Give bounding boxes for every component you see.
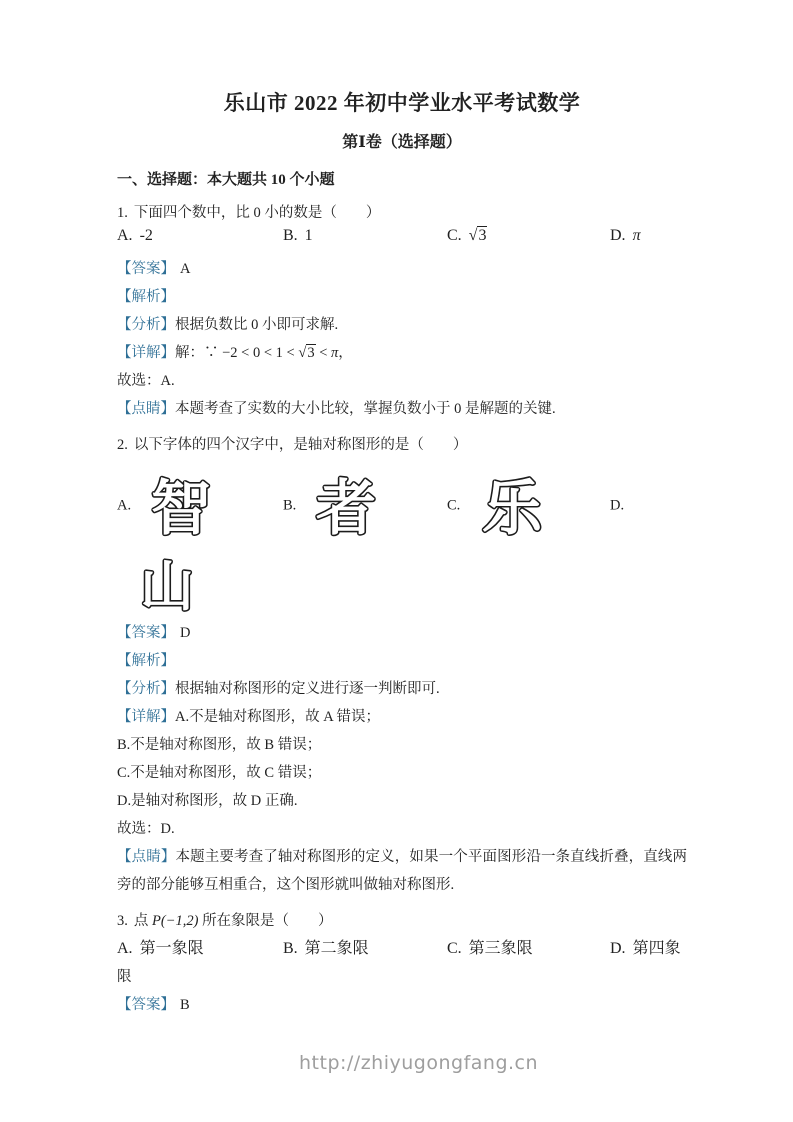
detail-tag: 【详解】 <box>117 709 175 725</box>
answer-tag: 【答案】 <box>117 997 175 1013</box>
q3-option-d-label: D. <box>610 940 626 957</box>
q2-note-line: 【点睛】本题主要考查了轴对称图形的定义，如果一个平面图形沿一条直线折叠，直线两旁… <box>117 843 687 899</box>
q2-option-d-label: D. <box>610 498 624 515</box>
q2-detail-line-a: 【详解】A.不是轴对称图形，故 A 错误； <box>117 703 687 731</box>
q2-answer-line: 【答案】D <box>117 619 687 647</box>
q2-analysis-text: 根据轴对称图形的定义进行逐一判断即可. <box>175 681 440 697</box>
document-content: 乐山市 2022 年初中学业水平考试数学 第Ⅰ卷（选择题） 一、选择题：本大题共… <box>0 0 793 1019</box>
q2-detail-line-c: C.不是轴对称图形，故 C 错误； <box>117 759 687 787</box>
q3-option-b-label: B. <box>283 940 298 957</box>
q3-point-coordinates: P(−1,2) <box>152 913 198 929</box>
q1-number: 1. <box>117 205 128 221</box>
q2-option-a-label: A. <box>117 498 131 515</box>
q2-number: 2. <box>117 437 128 453</box>
q2-option-b-label: B. <box>283 498 296 515</box>
bubble-character-le: 乐 <box>476 465 548 547</box>
answer-tag: 【答案】 <box>117 261 175 277</box>
q2-option-d-image-row: 山 <box>117 549 687 619</box>
q3-option-c: C.第三象限 <box>447 935 533 958</box>
q1-stem: 1.下面四个数中，比 0 小的数是（ ） <box>117 199 687 227</box>
q2-analysis-line: 【分析】根据轴对称图形的定义进行逐一判断即可. <box>117 675 687 703</box>
q3-stem-pre: 点 <box>134 913 152 929</box>
q2-detail-line-d: D.是轴对称图形，故 D 正确. <box>117 787 687 815</box>
page-title: 乐山市 2022 年初中学业水平考试数学 <box>117 90 687 116</box>
q1-option-a-label: A. <box>117 227 133 244</box>
q2-note-text: 本题主要考查了轴对称图形的定义，如果一个平面图形沿一条直线折叠，直线两旁的部分能… <box>117 849 687 893</box>
q3-option-a-label: A. <box>117 940 133 957</box>
q1-analysis-line: 【分析】根据负数比 0 小即可求解. <box>117 311 687 339</box>
q1-option-a-text: -2 <box>140 227 153 244</box>
q1-option-a: A.-2 <box>117 227 153 245</box>
q1-detail-line: 【详解】解：∵ −2 < 0 < 1 < √3 < π， <box>117 339 687 367</box>
svg-text:乐: 乐 <box>482 474 543 544</box>
q2-stem-text: 以下字体的四个汉字中，是轴对称图形的是（ ） <box>134 437 468 453</box>
svg-text:智: 智 <box>151 474 211 544</box>
watermark-url: http://zhiyugongfang.cn <box>299 1052 538 1074</box>
q1-detail-expr: ∵ −2 < 0 < 1 < <box>204 345 298 361</box>
bubble-character-zhe: 者 <box>310 465 382 547</box>
q3-stem: 3.点 P(−1,2) 所在象限是（ ） <box>117 907 687 935</box>
q1-option-b-text: 1 <box>305 227 313 244</box>
q1-detail-tail: ， <box>338 345 353 361</box>
q1-answer-value: A <box>180 261 190 277</box>
q2-option-c-label: C. <box>447 498 460 515</box>
q2-detail-line-b: B.不是轴对称图形，故 B 错误； <box>117 731 687 759</box>
q1-option-d-label: D. <box>610 227 626 244</box>
q2-stem: 2.以下字体的四个汉字中，是轴对称图形的是（ ） <box>117 431 687 459</box>
q2-explain-line: 【解析】 <box>117 647 687 675</box>
q1-detail-pre: 解： <box>175 345 204 361</box>
svg-text:山: 山 <box>140 555 194 618</box>
q3-option-a: A.第一象限 <box>117 935 204 958</box>
q1-option-b-label: B. <box>283 227 298 244</box>
q3-option-d-overflow: 限 <box>117 963 687 991</box>
explain-tag: 【解析】 <box>117 289 175 305</box>
analysis-tag: 【分析】 <box>117 317 175 333</box>
q1-option-d-text: π <box>633 227 641 244</box>
q2-detail-a-text: A.不是轴对称图形，故 A 错误； <box>175 709 380 725</box>
radicand: 3 <box>477 226 487 244</box>
q1-note-line: 【点睛】本题考查了实数的大小比较，掌握负数小于 0 是解题的关键. <box>117 395 687 423</box>
q2-options-row: A. 智 B. 者 C. 乐 D. <box>117 463 687 549</box>
explain-tag: 【解析】 <box>117 653 175 669</box>
q3-option-a-text: 第一象限 <box>140 940 204 957</box>
q1-analysis-text: 根据负数比 0 小即可求解. <box>175 317 338 333</box>
q1-explain-line: 【解析】 <box>117 283 687 311</box>
svg-text:者: 者 <box>316 474 376 544</box>
detail-tag: 【详解】 <box>117 345 175 361</box>
q3-option-c-text: 第三象限 <box>469 940 533 957</box>
section-heading: 一、选择题：本大题共 10 个小题 <box>117 169 687 191</box>
q3-option-d: D.第四象 <box>610 935 681 958</box>
q1-option-c: C.√3 <box>447 227 487 245</box>
q3-option-b: B.第二象限 <box>283 935 369 958</box>
note-tag: 【点睛】 <box>117 401 175 417</box>
q1-detail-expr2: < <box>316 345 331 361</box>
q1-stem-text: 下面四个数中，比 0 小的数是（ ） <box>134 205 381 221</box>
q1-option-b: B.1 <box>283 227 313 245</box>
bubble-character-shan: 山 <box>134 549 200 619</box>
q3-option-d-text: 第四象 <box>633 940 681 957</box>
q3-answer-value: B <box>180 997 190 1013</box>
q1-answer-line: 【答案】A <box>117 255 687 283</box>
q3-options-row: A.第一象限 B.第二象限 C.第三象限 D.第四象 <box>117 935 687 963</box>
note-tag: 【点睛】 <box>117 849 175 865</box>
q1-note-text: 本题考查了实数的大小比较，掌握负数小于 0 是解题的关键. <box>175 401 556 417</box>
q3-option-c-label: C. <box>447 940 462 957</box>
q2-conclusion-line: 故选：D. <box>117 815 687 843</box>
analysis-tag: 【分析】 <box>117 681 175 697</box>
q1-options-row: A.-2 B.1 C.√3 D.π <box>117 227 687 255</box>
q3-answer-line: 【答案】B <box>117 991 687 1019</box>
q1-option-d: D.π <box>610 227 641 245</box>
q3-stem-post: 所在象限是（ ） <box>198 913 332 929</box>
exam-document-page: 乐山市 2022 年初中学业水平考试数学 第Ⅰ卷（选择题） 一、选择题：本大题共… <box>0 0 793 1122</box>
q1-conclusion-line: 故选：A. <box>117 367 687 395</box>
page-subtitle: 第Ⅰ卷（选择题） <box>117 132 687 153</box>
q3-option-b-text: 第二象限 <box>305 940 369 957</box>
radicand: 3 <box>306 344 315 361</box>
bubble-character-zhi: 智 <box>145 465 217 547</box>
q1-option-c-label: C. <box>447 227 462 244</box>
q2-answer-value: D <box>180 625 190 641</box>
q3-number: 3. <box>117 913 128 929</box>
answer-tag: 【答案】 <box>117 625 175 641</box>
